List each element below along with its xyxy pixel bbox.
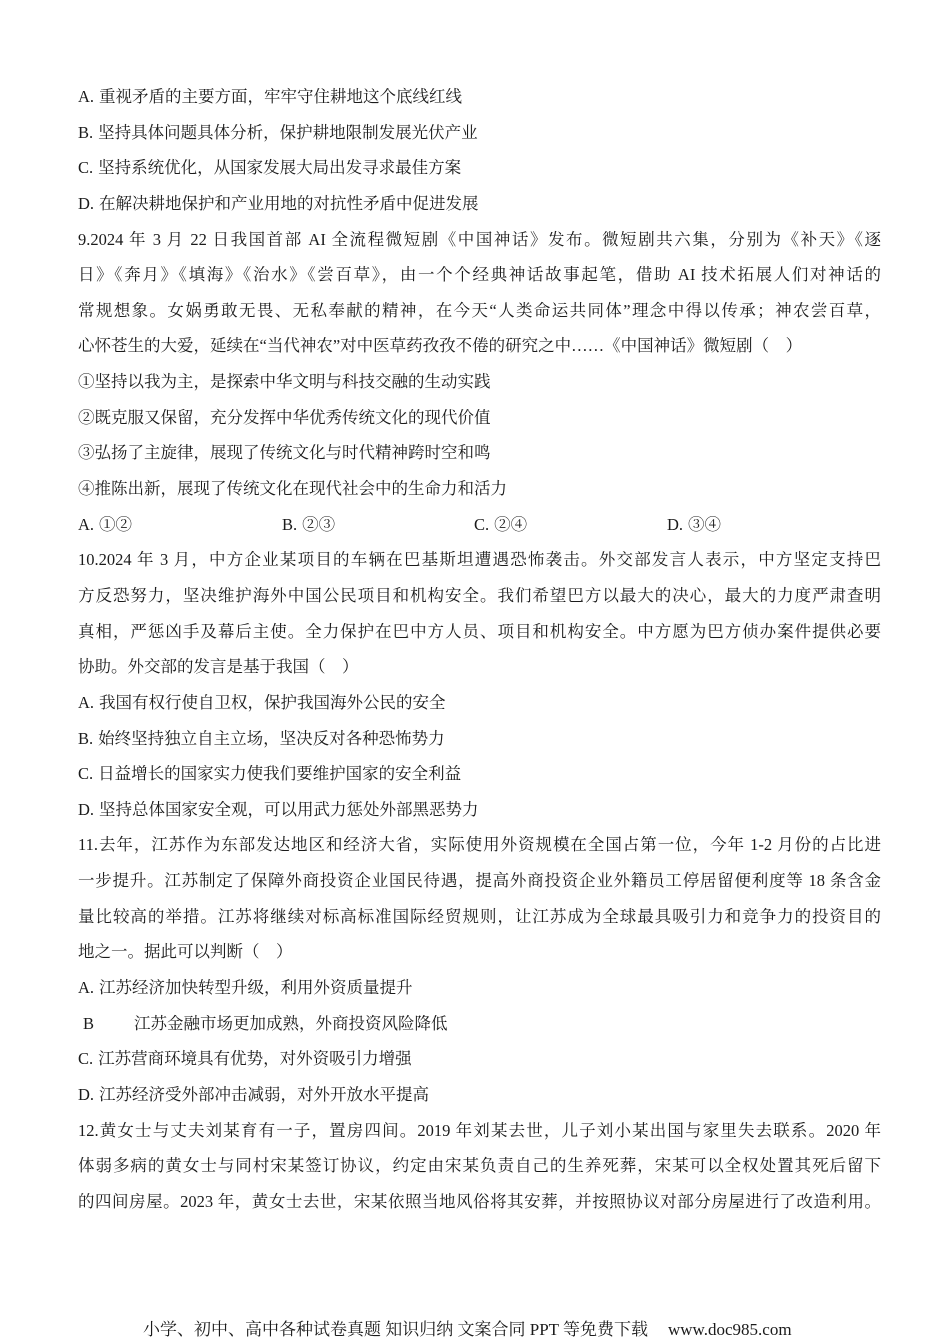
q8-option-a-label: A. bbox=[78, 87, 94, 106]
q11-option-a-label: A. bbox=[78, 978, 94, 997]
exam-content: A.重视矛盾的主要方面，牢牢守住耕地这个底线红线 B.坚持具体问题具体分析，保护… bbox=[78, 79, 881, 1220]
q10-option-c-text: 日益增长的国家实力使我们要维护国家的安全利益 bbox=[98, 764, 461, 783]
q9-statement-1: ①坚持以我为主，是探索中华文明与科技交融的生动实践 bbox=[78, 364, 881, 400]
q8-option-d-text: 在解决耕地保护和产业用地的对抗性矛盾中促进发展 bbox=[99, 194, 479, 213]
q8-option-d: D.在解决耕地保护和产业用地的对抗性矛盾中促进发展 bbox=[78, 186, 881, 222]
q11-stem-line-1: 11.去年，江苏作为东部发达地区和经济大省，实际使用外资规模在全国占第一位，今年… bbox=[78, 827, 881, 863]
q10-stem-line-4: 协助。外交部的发言是基于我国（ ） bbox=[78, 649, 881, 685]
q9-choice-b: B.②③ bbox=[282, 507, 335, 543]
q10-option-c-label: C. bbox=[78, 764, 93, 783]
q9-choice-a-value: ①② bbox=[99, 515, 132, 534]
q11-option-d-text: 江苏经济受外部冲击减弱，对外开放水平提高 bbox=[99, 1085, 429, 1104]
q11-option-c-label: C. bbox=[78, 1049, 93, 1068]
q10-stem-line-2: 方反恐努力，坚决维护海外中国公民项目和机构安全。我们希望巴方以最大的决心，最大的… bbox=[78, 578, 881, 614]
q9-choice-c: C.②④ bbox=[474, 507, 527, 543]
q11-option-b-text: 江苏金融市场更加成熟，外商投资风险降低 bbox=[134, 1014, 448, 1033]
footer-website-url: www.doc985.com bbox=[668, 1320, 792, 1339]
q10-option-c: C.日益增长的国家实力使我们要维护国家的安全利益 bbox=[78, 756, 881, 792]
page-footer: 小学、初中、高中各种试卷真题 知识归纳 文案合同 PPT 等免费下载www.do… bbox=[143, 1318, 792, 1342]
q8-option-c-text: 坚持系统优化，从国家发展大局出发寻求最佳方案 bbox=[98, 158, 461, 177]
q9-choice-a: A.①② bbox=[78, 507, 132, 543]
q12-stem-line-2: 体弱多病的黄女士与同村宋某签订协议，约定由宋某负责自己的生养死葬，宋某可以全权处… bbox=[78, 1148, 881, 1184]
q9-choice-c-value: ②④ bbox=[494, 515, 527, 534]
q11-option-c: C.江苏营商环境具有优势，对外资吸引力增强 bbox=[78, 1041, 881, 1077]
q8-option-c-label: C. bbox=[78, 158, 93, 177]
q8-option-a-text: 重视矛盾的主要方面，牢牢守住耕地这个底线红线 bbox=[99, 87, 462, 106]
exam-document-page: A.重视矛盾的主要方面，牢牢守住耕地这个底线红线 B.坚持具体问题具体分析，保护… bbox=[0, 0, 950, 1344]
q9-choice-d-label: D. bbox=[667, 515, 683, 534]
q8-option-b-text: 坚持具体问题具体分析，保护耕地限制发展光伏产业 bbox=[98, 123, 478, 142]
q11-option-b-label: B bbox=[83, 1014, 94, 1033]
q10-option-d-label: D. bbox=[78, 800, 94, 819]
q10-option-a-label: A. bbox=[78, 693, 94, 712]
q8-option-c: C.坚持系统优化，从国家发展大局出发寻求最佳方案 bbox=[78, 150, 881, 186]
q11-option-d: D.江苏经济受外部冲击减弱，对外开放水平提高 bbox=[78, 1077, 881, 1113]
q10-option-b: B.始终坚持独立自主立场，坚决反对各种恐怖势力 bbox=[78, 721, 881, 757]
q9-choice-c-label: C. bbox=[474, 515, 489, 534]
q11-option-a: A.江苏经济加快转型升级，利用外资质量提升 bbox=[78, 970, 881, 1006]
footer-services-text: 小学、初中、高中各种试卷真题 知识归纳 文案合同 PPT 等免费下载 bbox=[143, 1320, 648, 1339]
q12-stem-line-1: 12.黄女士与丈夫刘某育有一子，置房四间。2019 年刘某去世，儿子刘小某出国与… bbox=[78, 1113, 881, 1149]
q9-choice-d-value: ③④ bbox=[688, 515, 721, 534]
q9-stem-line-4: 心怀苍生的大爱，延续在“当代神农”对中医草药孜孜不倦的研究之中……《中国神话》微… bbox=[78, 328, 881, 364]
q9-statement-4: ④推陈出新，展现了传统文化在现代社会中的生命力和活力 bbox=[78, 471, 881, 507]
q8-option-b-label: B. bbox=[78, 123, 93, 142]
q10-option-b-text: 始终坚持独立自主立场，坚决反对各种恐怖势力 bbox=[98, 729, 445, 748]
q10-option-a-text: 我国有权行使自卫权，保护我国海外公民的安全 bbox=[99, 693, 446, 712]
q8-option-a: A.重视矛盾的主要方面，牢牢守住耕地这个底线红线 bbox=[78, 79, 881, 115]
q11-stem-line-2: 一步提升。江苏制定了保障外商投资企业国民待遇，提高外商投资企业外籍员工停居留便利… bbox=[78, 863, 881, 899]
q9-choices-row: A.①② B.②③ C.②④ D.③④ bbox=[78, 507, 881, 543]
q9-stem-line-2: 日》《奔月》《填海》《治水》《尝百草》，由一个个经典神话故事起笔，借助 AI 技… bbox=[78, 257, 881, 293]
q10-option-d-text: 坚持总体国家安全观，可以用武力惩处外部黑恶势力 bbox=[99, 800, 479, 819]
q12-stem-line-3: 的四间房屋。2023 年，黄女士去世，宋某依照当地风俗将其安葬，并按照协议对部分… bbox=[78, 1184, 881, 1220]
q10-stem-line-3: 真相，严惩凶手及幕后主使。全力保护在巴中方人员、项目和机构安全。中方愿为巴方侦办… bbox=[78, 614, 881, 650]
q9-choice-d: D.③④ bbox=[667, 507, 721, 543]
q9-statement-2: ②既克服又保留，充分发挥中华优秀传统文化的现代价值 bbox=[78, 400, 881, 436]
q11-stem-line-3: 量比较高的举措。江苏将继续对标高标准国际经贸规则，让江苏成为全球最具吸引力和竞争… bbox=[78, 899, 881, 935]
q9-stem-line-1: 9.2024 年 3 月 22 日我国首部 AI 全流程微短剧《中国神话》发布。… bbox=[78, 222, 881, 258]
q11-stem-line-4: 地之一。据此可以判断（ ） bbox=[78, 934, 881, 970]
q10-option-d: D.坚持总体国家安全观，可以用武力惩处外部黑恶势力 bbox=[78, 792, 881, 828]
q9-stem-line-3: 常规想象。女娲勇敢无畏、无私奉献的精神，在今天“人类命运共同体”理念中得以传承；… bbox=[78, 293, 881, 329]
q11-option-c-text: 江苏营商环境具有优势，对外资吸引力增强 bbox=[98, 1049, 412, 1068]
q9-choice-b-value: ②③ bbox=[302, 515, 335, 534]
q11-option-d-label: D. bbox=[78, 1085, 94, 1104]
q10-stem-line-1: 10.2024 年 3 月，中方企业某项目的车辆在巴基斯坦遭遇恐怖袭击。外交部发… bbox=[78, 542, 881, 578]
q9-statement-3: ③弘扬了主旋律，展现了传统文化与时代精神跨时空和鸣 bbox=[78, 435, 881, 471]
q10-option-b-label: B. bbox=[78, 729, 93, 748]
q8-option-b: B.坚持具体问题具体分析，保护耕地限制发展光伏产业 bbox=[78, 115, 881, 151]
q9-choice-b-label: B. bbox=[282, 515, 297, 534]
q9-choice-a-label: A. bbox=[78, 515, 94, 534]
q11-option-a-text: 江苏经济加快转型升级，利用外资质量提升 bbox=[99, 978, 413, 997]
q10-option-a: A.我国有权行使自卫权，保护我国海外公民的安全 bbox=[78, 685, 881, 721]
q8-option-d-label: D. bbox=[78, 194, 94, 213]
q11-option-b: B江苏金融市场更加成熟，外商投资风险降低 bbox=[78, 1006, 881, 1042]
